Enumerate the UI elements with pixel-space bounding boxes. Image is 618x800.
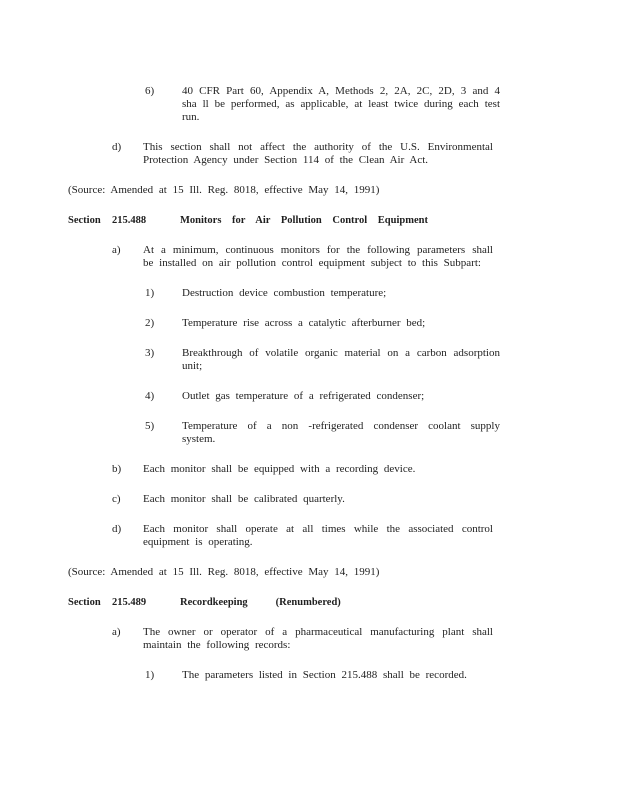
item-text: Outlet gas temperature of a refrigerated… bbox=[182, 390, 500, 403]
item-label: 6) bbox=[145, 85, 182, 124]
item-label: c) bbox=[112, 493, 143, 506]
list-item: 1) The parameters listed in Section 215.… bbox=[145, 669, 618, 682]
list-item: 3) Breakthrough of volatile organic mate… bbox=[145, 347, 618, 373]
item-text: The owner or operator of a pharmaceutica… bbox=[143, 626, 493, 652]
section-title: Monitors for Air Pollution Control Equip… bbox=[180, 214, 428, 227]
item-label: a) bbox=[112, 626, 143, 652]
source-line: (Source: Amended at 15 Ill. Reg. 8018, e… bbox=[68, 184, 618, 197]
document-page: 6) 40 CFR Part 60, Appendix A, Methods 2… bbox=[0, 0, 618, 800]
section-label: Section bbox=[68, 214, 112, 227]
item-text: This section shall not affect the author… bbox=[143, 141, 493, 167]
item-label: a) bbox=[112, 244, 143, 270]
list-item: 6) 40 CFR Part 60, Appendix A, Methods 2… bbox=[145, 85, 618, 124]
list-item: c) Each monitor shall be calibrated quar… bbox=[112, 493, 618, 506]
item-text: Temperature of a non -refrigerated conde… bbox=[182, 420, 500, 446]
item-label: 1) bbox=[145, 287, 182, 300]
item-label: b) bbox=[112, 463, 143, 476]
section-label: Section bbox=[68, 596, 112, 609]
item-label: 3) bbox=[145, 347, 182, 373]
section-heading: Section 215.489 Recordkeeping (Renumbere… bbox=[68, 596, 618, 609]
item-label: 4) bbox=[145, 390, 182, 403]
item-label: d) bbox=[112, 141, 143, 167]
source-line: (Source: Amended at 15 Ill. Reg. 8018, e… bbox=[68, 566, 618, 579]
item-label: 1) bbox=[145, 669, 182, 682]
list-item: 1) Destruction device combustion tempera… bbox=[145, 287, 618, 300]
list-item: d) This section shall not affect the aut… bbox=[112, 141, 618, 167]
item-text: Temperature rise across a catalytic afte… bbox=[182, 317, 500, 330]
list-item: 5) Temperature of a non -refrigerated co… bbox=[145, 420, 618, 446]
item-label: 2) bbox=[145, 317, 182, 330]
item-text: Breakthrough of volatile organic materia… bbox=[182, 347, 500, 373]
list-item: a) At a minimum, continuous monitors for… bbox=[112, 244, 618, 270]
list-item: d) Each monitor shall operate at all tim… bbox=[112, 523, 618, 549]
item-text: The parameters listed in Section 215.488… bbox=[182, 669, 500, 682]
document-content: 6) 40 CFR Part 60, Appendix A, Methods 2… bbox=[0, 85, 618, 699]
item-label: d) bbox=[112, 523, 143, 549]
item-text: Destruction device combustion temperatur… bbox=[182, 287, 500, 300]
item-text: Each monitor shall be equipped with a re… bbox=[143, 463, 493, 476]
item-label: 5) bbox=[145, 420, 182, 446]
list-item: 2) Temperature rise across a catalytic a… bbox=[145, 317, 618, 330]
item-text: Each monitor shall be calibrated quarter… bbox=[143, 493, 493, 506]
item-text: Each monitor shall operate at all times … bbox=[143, 523, 493, 549]
section-number: 215.489 bbox=[112, 596, 180, 609]
list-item: 4) Outlet gas temperature of a refrigera… bbox=[145, 390, 618, 403]
section-title: Recordkeeping bbox=[180, 596, 248, 609]
list-item: a) The owner or operator of a pharmaceut… bbox=[112, 626, 618, 652]
section-number: 215.488 bbox=[112, 214, 180, 227]
section-note: (Renumbered) bbox=[276, 596, 341, 609]
section-heading: Section 215.488 Monitors for Air Polluti… bbox=[68, 214, 618, 227]
item-text: At a minimum, continuous monitors for th… bbox=[143, 244, 493, 270]
item-text: 40 CFR Part 60, Appendix A, Methods 2, 2… bbox=[182, 85, 500, 124]
list-item: b) Each monitor shall be equipped with a… bbox=[112, 463, 618, 476]
